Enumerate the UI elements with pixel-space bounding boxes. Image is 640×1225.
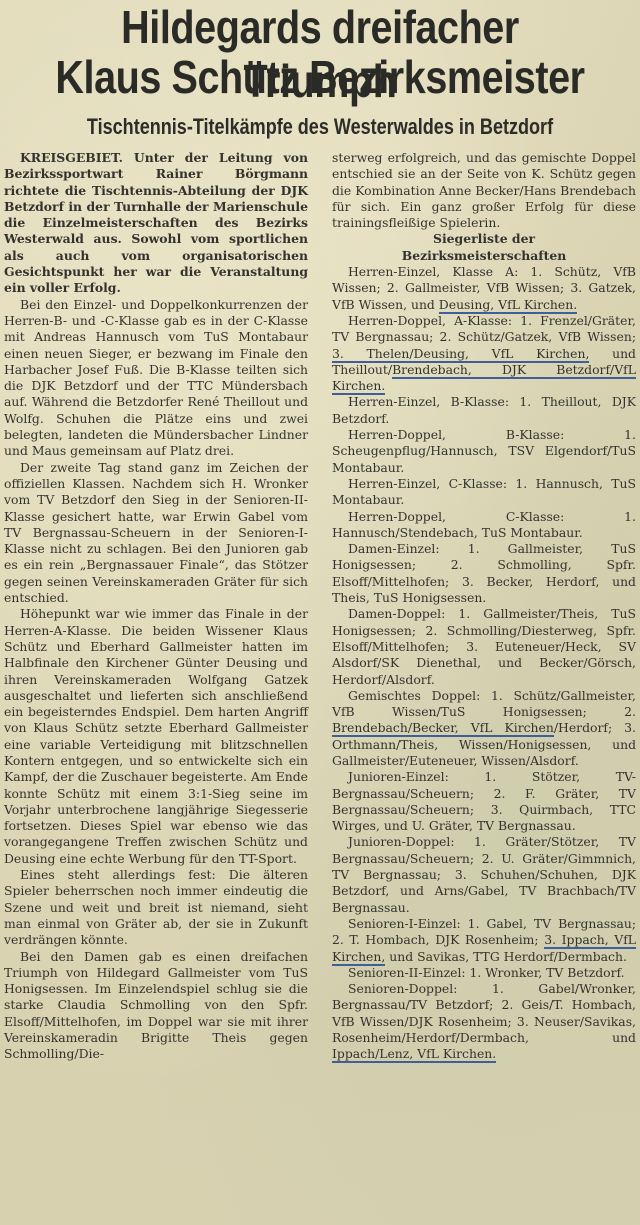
results-entry: Herren-Einzel, B-Klasse: 1. Theillout, D…	[332, 394, 636, 427]
results-text: Herren-Einzel, B-Klasse: 1. Theillout, D…	[332, 394, 636, 425]
results-title-line-1: Siegerliste der	[332, 231, 636, 247]
article-paragraph-continued: sterweg erfolgreich, und das gemischte D…	[332, 150, 636, 231]
article-paragraph: Bei den Einzel- und Doppelkonkurrenzen d…	[4, 297, 308, 460]
results-entry: Damen-Einzel: 1. Gallmeister, TuS Honigs…	[332, 541, 636, 606]
results-entry: Herren-Einzel, C-Klasse: 1. Hannusch, Tu…	[332, 476, 636, 509]
results-entry: Herren-Einzel, Klasse A: 1. Schütz, VfB …	[332, 264, 636, 313]
article-intro: KREISGEBIET. Unter der Leitung von Bezir…	[4, 150, 308, 297]
results-entry: Junioren-Einzel: 1. Stötzer, TV-Bergnass…	[332, 769, 636, 834]
results-entry: Herren-Doppel, B-Klasse: 1. Scheugenpflu…	[332, 427, 636, 476]
results-entry: Junioren-Doppel: 1. Gräter/Stötzer, TV B…	[332, 834, 636, 915]
results-text: und Savikas, TTG Herdorf/Dermbach.	[385, 949, 627, 964]
article-column-left: KREISGEBIET. Unter der Leitung von Bezir…	[4, 150, 308, 1063]
results-text: Herren-Doppel, B-Klasse: 1. Scheugenpflu…	[332, 427, 636, 475]
results-text: Herren-Doppel, C-Klasse: 1. Hannusch/Ste…	[332, 509, 636, 540]
results-entry: Herren-Doppel, C-Klasse: 1. Hannusch/Ste…	[332, 509, 636, 542]
results-text: Damen-Doppel: 1. Gallmeister/Theis, TuS …	[332, 606, 636, 686]
results-text: Herren-Einzel, C-Klasse: 1. Hannusch, Tu…	[332, 476, 636, 507]
results-text: Senioren-II-Einzel: 1. Wronker, TV Betzd…	[348, 965, 625, 980]
results-entry: Gemischtes Doppel: 1. Schütz/Gallmeister…	[332, 688, 636, 769]
article-paragraph: Höhepunkt war wie immer das Finale in de…	[4, 606, 308, 867]
article-paragraph: Der zweite Tag stand ganz im Zeichen der…	[4, 460, 308, 607]
results-entry: Damen-Doppel: 1. Gallmeister/Theis, TuS …	[332, 606, 636, 687]
headline-line-2: Klaus Schütz Bezirksmeister	[45, 50, 595, 104]
results-text: Herren-Doppel, A-Klasse: 1. Frenzel/Grät…	[332, 313, 636, 344]
results-entry: Senioren-I-Einzel: 1. Gabel, TV Bergnass…	[332, 916, 636, 965]
newspaper-clipping: Hildegards dreifacher Triumph Klaus Schü…	[0, 0, 640, 1225]
results-text: Senioren-Doppel: 1. Gabel/Wronker, Bergn…	[332, 981, 636, 1045]
results-entry: Senioren-Doppel: 1. Gabel/Wronker, Bergn…	[332, 981, 636, 1062]
article-column-right: sterweg erfolgreich, und das gemischte D…	[332, 150, 636, 1063]
pen-underlined-text: 3. Thelen/Deusing, VfL Kirchen,	[332, 346, 589, 363]
results-text: Damen-Einzel: 1. Gallmeister, TuS Honigs…	[332, 541, 636, 605]
results-text: Junioren-Einzel: 1. Stötzer, TV-Bergnass…	[332, 769, 636, 833]
results-entry: Senioren-II-Einzel: 1. Wronker, TV Betzd…	[332, 965, 636, 981]
subheadline: Tischtennis-Titelkämpfe des Westerwaldes…	[58, 112, 583, 142]
article-paragraph: Bei den Damen gab es einen dreifachen Tr…	[4, 949, 308, 1063]
pen-underlined-text: Brendebach/Becker, VfL Kirchen	[332, 720, 554, 737]
pen-underlined-text: Deusing, VfL Kirchen.	[439, 297, 577, 314]
article-paragraph: Eines steht allerdings fest: Die älteren…	[4, 867, 308, 948]
results-title-line-2: Bezirksmeisterschaften	[332, 248, 636, 264]
pen-underlined-text: Ippach/Lenz, VfL Kirchen.	[332, 1046, 496, 1063]
results-text: Junioren-Doppel: 1. Gräter/Stötzer, TV B…	[332, 834, 636, 914]
results-entry: Herren-Doppel, A-Klasse: 1. Frenzel/Grät…	[332, 313, 636, 394]
results-text: Gemischtes Doppel: 1. Schütz/Gallmeister…	[332, 688, 636, 719]
results-list: Herren-Einzel, Klasse A: 1. Schütz, VfB …	[332, 264, 636, 1063]
